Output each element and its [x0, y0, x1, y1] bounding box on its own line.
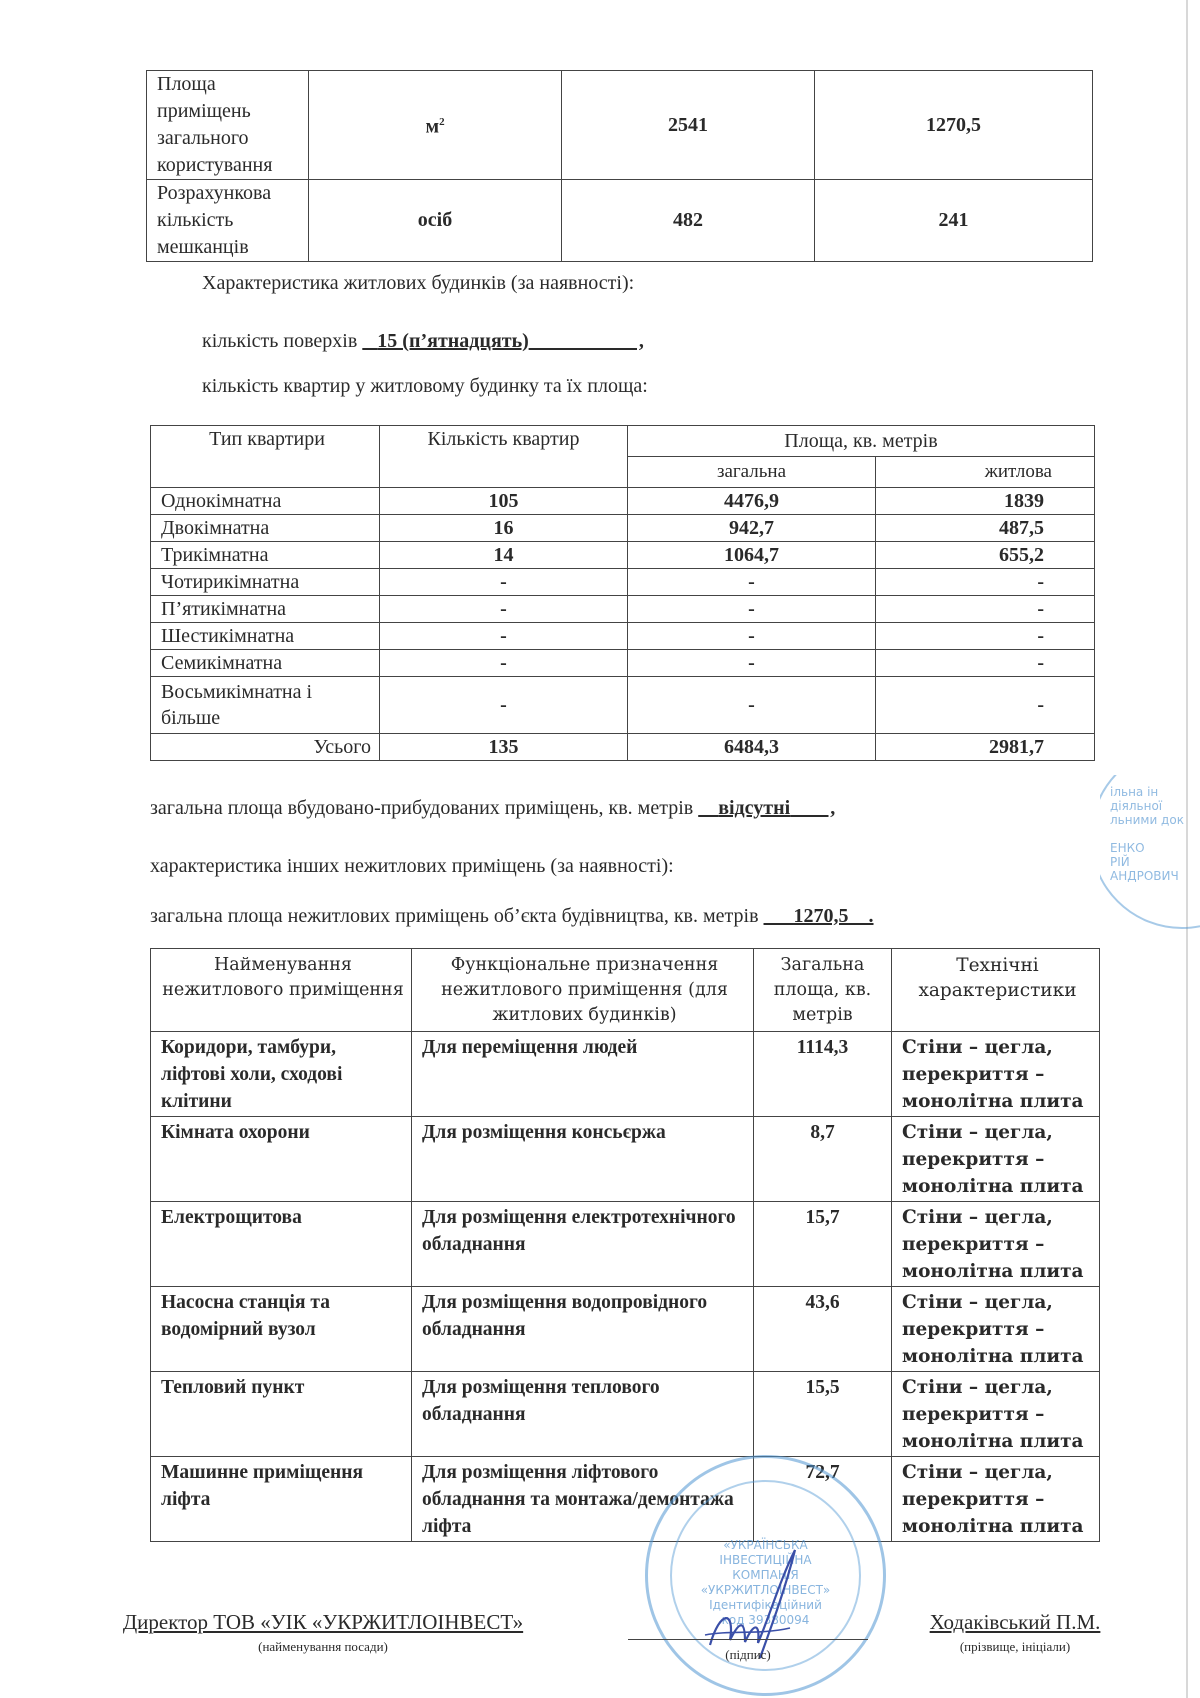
header-area: Загальна площа, кв. метрів	[754, 949, 892, 1032]
signature-block: (підпис)	[628, 1647, 868, 1663]
apartment-total-area: -	[628, 623, 876, 650]
table-row: Машинне приміщення ліфтаДля розміщення л…	[151, 1457, 1100, 1542]
value-cell: 1270,5	[815, 71, 1093, 180]
apartment-total-area: -	[628, 569, 876, 596]
total-row: Усього 135 6484,3 2981,7	[151, 734, 1095, 761]
apartment-count: 14	[380, 542, 628, 569]
apartment-living-area: -	[876, 596, 1095, 623]
header-function: Функціональне призначення нежитлового пр…	[412, 949, 754, 1032]
total-area: 6484,3	[628, 734, 876, 761]
room-name: Електрощитова	[151, 1202, 412, 1287]
header-type: Тип квартири	[151, 426, 380, 488]
position-block: Директор ТОВ «УІК «УКРЖИТЛОІНВЕСТ» (найм…	[88, 1610, 558, 1655]
apartment-type: Трикімнатна	[151, 542, 380, 569]
header-area: Площа, кв. метрів	[628, 426, 1095, 457]
room-tech: Стіни – цегла, перекриття – монолітна пл…	[892, 1117, 1100, 1202]
side-stamp: ільна індіяльноїльними докЕНКОРІЙАНДРОВИ…	[1100, 775, 1200, 955]
header-name: Найменування нежитлового приміщення	[151, 949, 412, 1032]
row-label: Розрахункова кількість мешканців	[147, 180, 309, 262]
table-row: Однокімнатна1054476,91839	[151, 488, 1095, 515]
apartment-total-area: 4476,9	[628, 488, 876, 515]
apartment-living-area: 1839	[876, 488, 1095, 515]
apartment-type: П’ятикімнатна	[151, 596, 380, 623]
table-row: Розрахункова кількість мешканців осіб 48…	[147, 180, 1093, 262]
apartment-type: Восьмикімнатна і більше	[151, 677, 380, 734]
apartment-total-area: -	[628, 677, 876, 734]
apartments-table: Тип квартири Кількість квартир Площа, кв…	[150, 425, 1095, 761]
other-nonres-heading: характеристика інших нежитлових приміщен…	[150, 855, 674, 878]
header-tech: Технічні характеристики	[892, 949, 1100, 1032]
apartment-living-area: 487,5	[876, 515, 1095, 542]
total-label: Усього	[151, 734, 380, 761]
unit-cell: м2	[309, 71, 562, 180]
header-living-area: житлова	[876, 457, 1095, 488]
nonres-rows: Коридори, тамбури, ліфтові холи, сходові…	[151, 1032, 1100, 1542]
room-tech: Стіни – цегла, перекриття – монолітна пл…	[892, 1372, 1100, 1457]
apartments-heading: кількість квартир у житловому будинку та…	[202, 375, 648, 398]
apartment-living-area: 655,2	[876, 542, 1095, 569]
apartment-type: Шестикімнатна	[151, 623, 380, 650]
room-name: Кімната охорони	[151, 1117, 412, 1202]
apartment-type: Чотирикімнатна	[151, 569, 380, 596]
apartment-type: Двокімнатна	[151, 515, 380, 542]
room-function: Для переміщення людей	[412, 1032, 754, 1117]
room-tech: Стіни – цегла, перекриття – монолітна пл…	[892, 1032, 1100, 1117]
summary-table: Площа приміщень загального користування …	[146, 70, 1093, 262]
room-function: Для розміщення теплового обладнання	[412, 1372, 754, 1457]
apartment-living-area: -	[876, 677, 1095, 734]
signature-line	[628, 1639, 868, 1640]
apartment-count: -	[380, 569, 628, 596]
room-function: Для розміщення консьєржа	[412, 1117, 754, 1202]
apartment-count: -	[380, 623, 628, 650]
header-total-area: загальна	[628, 457, 876, 488]
table-row: Трикімнатна141064,7655,2	[151, 542, 1095, 569]
floors-label: кількість поверхів	[202, 330, 357, 352]
apartment-count: 105	[380, 488, 628, 515]
name-hint: (прізвище, ініціали)	[905, 1639, 1125, 1655]
table-row: Площа приміщень загального користування …	[147, 71, 1093, 180]
room-area: 15,7	[754, 1202, 892, 1287]
apartment-rows: Однокімнатна1054476,91839Двокімнатна1694…	[151, 488, 1095, 734]
table-row: Чотирикімнатна---	[151, 569, 1095, 596]
row-label: Площа приміщень загального користування	[147, 71, 309, 180]
value-cell: 482	[562, 180, 815, 262]
nonres-total-line: загальна площа нежитлових приміщень об’є…	[150, 905, 874, 928]
apartment-living-area: -	[876, 650, 1095, 677]
apartment-count: 16	[380, 515, 628, 542]
room-name: Тепловий пункт	[151, 1372, 412, 1457]
room-function: Для розміщення водопровідного обладнання	[412, 1287, 754, 1372]
value-cell: 2541	[562, 71, 815, 180]
floors-value: 15 (п’ятнадцять) ,	[362, 330, 644, 352]
table-row: Шестикімнатна---	[151, 623, 1095, 650]
signature-hint: (підпис)	[628, 1647, 868, 1663]
position-hint: (найменування посади)	[88, 1639, 558, 1655]
header-row: Найменування нежитлового приміщення Функ…	[151, 949, 1100, 1032]
apartment-count: -	[380, 677, 628, 734]
apartment-living-area: -	[876, 623, 1095, 650]
table-row: П’ятикімнатна---	[151, 596, 1095, 623]
signature-scribble	[700, 1540, 810, 1660]
value-cell: 241	[815, 180, 1093, 262]
room-area: 15,5	[754, 1372, 892, 1457]
total-living: 2981,7	[876, 734, 1095, 761]
apartment-living-area: -	[876, 569, 1095, 596]
table-row: Кімната охорониДля розміщення консьєржа8…	[151, 1117, 1100, 1202]
table-row: Насосна станція та водомірний вузолДля р…	[151, 1287, 1100, 1372]
table-row: Семикімнатна---	[151, 650, 1095, 677]
name-block: Ходаківський П.М. (прізвище, ініціали)	[905, 1610, 1125, 1655]
apartment-total-area: 1064,7	[628, 542, 876, 569]
table-row: Коридори, тамбури, ліфтові холи, сходові…	[151, 1032, 1100, 1117]
apartment-type: Однокімнатна	[151, 488, 380, 515]
built-in-line: загальна площа вбудовано-прибудованих пр…	[150, 797, 835, 820]
room-area: 1114,3	[754, 1032, 892, 1117]
room-tech: Стіни – цегла, перекриття – монолітна пл…	[892, 1287, 1100, 1372]
apartment-total-area: -	[628, 596, 876, 623]
apartment-type: Семикімнатна	[151, 650, 380, 677]
room-name: Коридори, тамбури, ліфтові холи, сходові…	[151, 1032, 412, 1117]
table-row: Тепловий пунктДля розміщення теплового о…	[151, 1372, 1100, 1457]
room-area: 8,7	[754, 1117, 892, 1202]
room-name: Машинне приміщення ліфта	[151, 1457, 412, 1542]
room-name: Насосна станція та водомірний вузол	[151, 1287, 412, 1372]
room-tech: Стіни – цегла, перекриття – монолітна пл…	[892, 1202, 1100, 1287]
header-count: Кількість квартир	[380, 426, 628, 488]
apartment-count: -	[380, 596, 628, 623]
apartment-total-area: -	[628, 650, 876, 677]
room-function: Для розміщення електротехнічного обладна…	[412, 1202, 754, 1287]
table-row: ЕлектрощитоваДля розміщення електротехні…	[151, 1202, 1100, 1287]
room-tech: Стіни – цегла, перекриття – монолітна пл…	[892, 1457, 1100, 1542]
room-area: 43,6	[754, 1287, 892, 1372]
unit-cell: осіб	[309, 180, 562, 262]
total-count: 135	[380, 734, 628, 761]
apartment-total-area: 942,7	[628, 515, 876, 542]
apartment-count: -	[380, 650, 628, 677]
built-in-value: відсутні ,	[698, 797, 835, 819]
position-title: Директор ТОВ «УІК «УКРЖИТЛОІНВЕСТ»	[88, 1610, 558, 1635]
residential-heading: Характеристика житлових будинків (за ная…	[202, 272, 634, 295]
floors-line: кількість поверхів 15 (п’ятнадцять) ,	[202, 330, 644, 353]
nonres-total-value: 1270,5 .	[764, 905, 874, 927]
signatory-name: Ходаківський П.М.	[905, 1610, 1125, 1635]
table-row: Восьмикімнатна і більше---	[151, 677, 1095, 734]
header-row: Тип квартири Кількість квартир Площа, кв…	[151, 426, 1095, 457]
table-row: Двокімнатна16942,7487,5	[151, 515, 1095, 542]
nonresidential-table: Найменування нежитлового приміщення Функ…	[150, 948, 1100, 1542]
